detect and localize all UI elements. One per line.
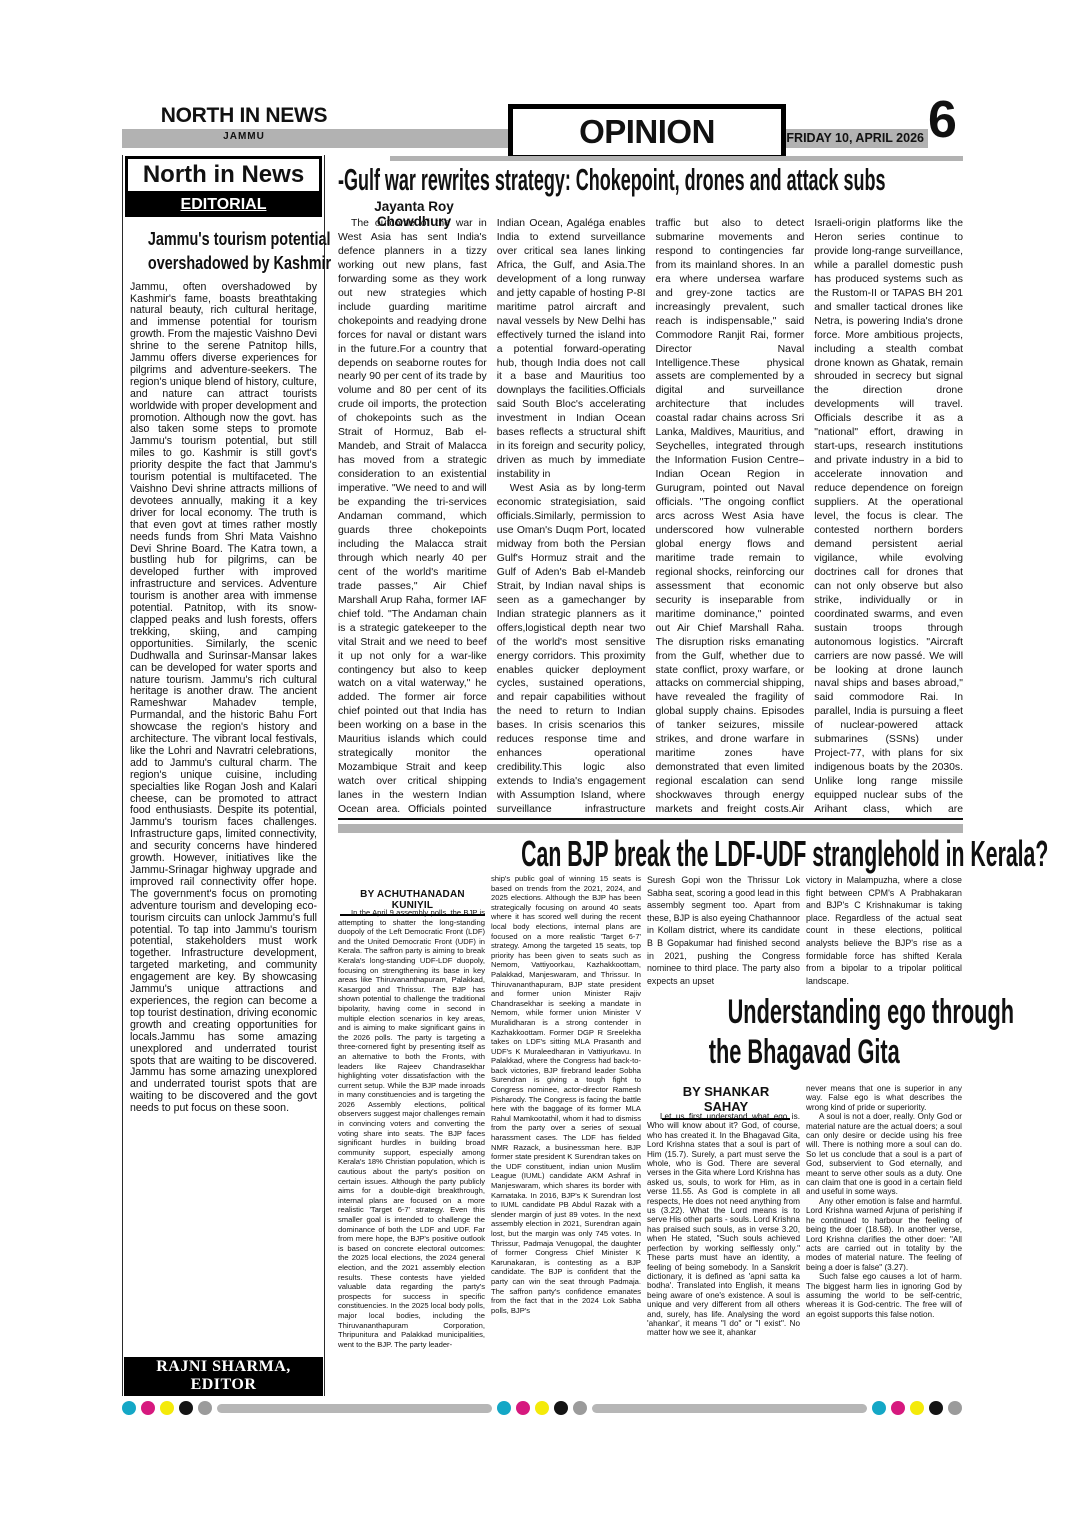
gulf-column-2: Indian Ocean, Agaléga enables India to e… xyxy=(497,217,646,814)
registration-dot-cyan xyxy=(497,1401,511,1415)
header-rule xyxy=(390,156,963,161)
registration-marks xyxy=(122,1400,962,1416)
masthead-subtitle: JAMMU xyxy=(128,131,360,142)
gita-headline-line2: the Bhagavad Gita xyxy=(709,1032,900,1072)
registration-dot-magenta xyxy=(516,1401,530,1415)
gita-column-2: never means that one is superior in any … xyxy=(806,1084,962,1396)
editorial-headline-line1: Jammu's tourism potential xyxy=(148,227,331,251)
kerala-headline-text: Can BJP break the LDF-UDF stranglehold i… xyxy=(521,836,1048,872)
registration-dot-yellow xyxy=(160,1401,174,1415)
editorial-column: North in News EDITORIAL Jammu's tourism … xyxy=(122,155,325,1396)
page-number: 6 xyxy=(928,94,972,146)
registration-dot-black xyxy=(929,1401,943,1415)
registration-dot-magenta xyxy=(891,1401,905,1415)
gulf-article-headline: -Gulf war rewrites strategy: Chokepoint,… xyxy=(338,164,963,195)
gita-column-1: Let us first understand what ego is. Who… xyxy=(647,1112,800,1396)
registration-dot-gray xyxy=(573,1401,587,1415)
kerala-column-4: victory in Malampuzha, where a close fig… xyxy=(806,874,962,990)
newspaper-page: NORTH IN NEWS JAMMU JAMMU, FRIDAY 10, AP… xyxy=(0,0,1080,1528)
editorial-headline: Jammu's tourism potential overshadowed b… xyxy=(125,227,322,276)
section-title: OPINION xyxy=(579,113,715,151)
registration-dot-cyan xyxy=(122,1401,136,1415)
section-banner: OPINION xyxy=(508,104,786,160)
registration-dot-black xyxy=(554,1401,568,1415)
gita-headline-line1: Understanding ego through xyxy=(728,992,1014,1032)
registration-dot-black xyxy=(179,1401,193,1415)
gulf-article-body: The outcome of the war in West Asia has … xyxy=(338,217,963,814)
section-divider-bar xyxy=(338,824,963,833)
registration-dot-magenta xyxy=(141,1401,155,1415)
registration-bar xyxy=(217,1404,492,1413)
editorial-headline-line2: overshadowed by Kashmir xyxy=(148,251,331,275)
section-divider-line xyxy=(338,818,963,820)
kerala-column-2: ship's public goal of winning 15 seats i… xyxy=(491,874,641,1396)
registration-dot-gray xyxy=(198,1401,212,1415)
gulf-column-1: The outcome of the war in West Asia has … xyxy=(338,217,487,814)
gulf-headline-text: -Gulf war rewrites strategy: Chokepoint,… xyxy=(338,164,886,195)
gulf-column-4: Israeli-origin platforms like the Heron … xyxy=(814,217,963,814)
masthead-title: NORTH IN NEWS xyxy=(128,104,360,128)
editor-credit-bar: RAJNI SHARMA, EDITOR xyxy=(124,1357,323,1396)
gita-article-headline: Understanding ego through the Bhagavad G… xyxy=(647,992,962,1072)
registration-dot-cyan xyxy=(872,1401,886,1415)
registration-dot-gray xyxy=(948,1401,962,1415)
registration-bar xyxy=(592,1404,867,1413)
registration-dot-yellow xyxy=(910,1401,924,1415)
kerala-article-headline: Can BJP break the LDF-UDF stranglehold i… xyxy=(338,836,963,872)
kerala-column-1: In the April 9 assembly polls, the BJP i… xyxy=(338,908,485,1396)
editorial-box-title: North in News xyxy=(125,156,322,194)
editorial-body: Jammu, often overshadowed by Kashmir's f… xyxy=(130,282,317,1322)
gulf-column-3: traffic but also to detect submarine mov… xyxy=(656,217,805,814)
registration-dot-yellow xyxy=(535,1401,549,1415)
kerala-column-3: Suresh Gopi won the Thrissur Lok Sabha s… xyxy=(647,874,800,990)
editorial-label: EDITORIAL xyxy=(125,194,322,217)
